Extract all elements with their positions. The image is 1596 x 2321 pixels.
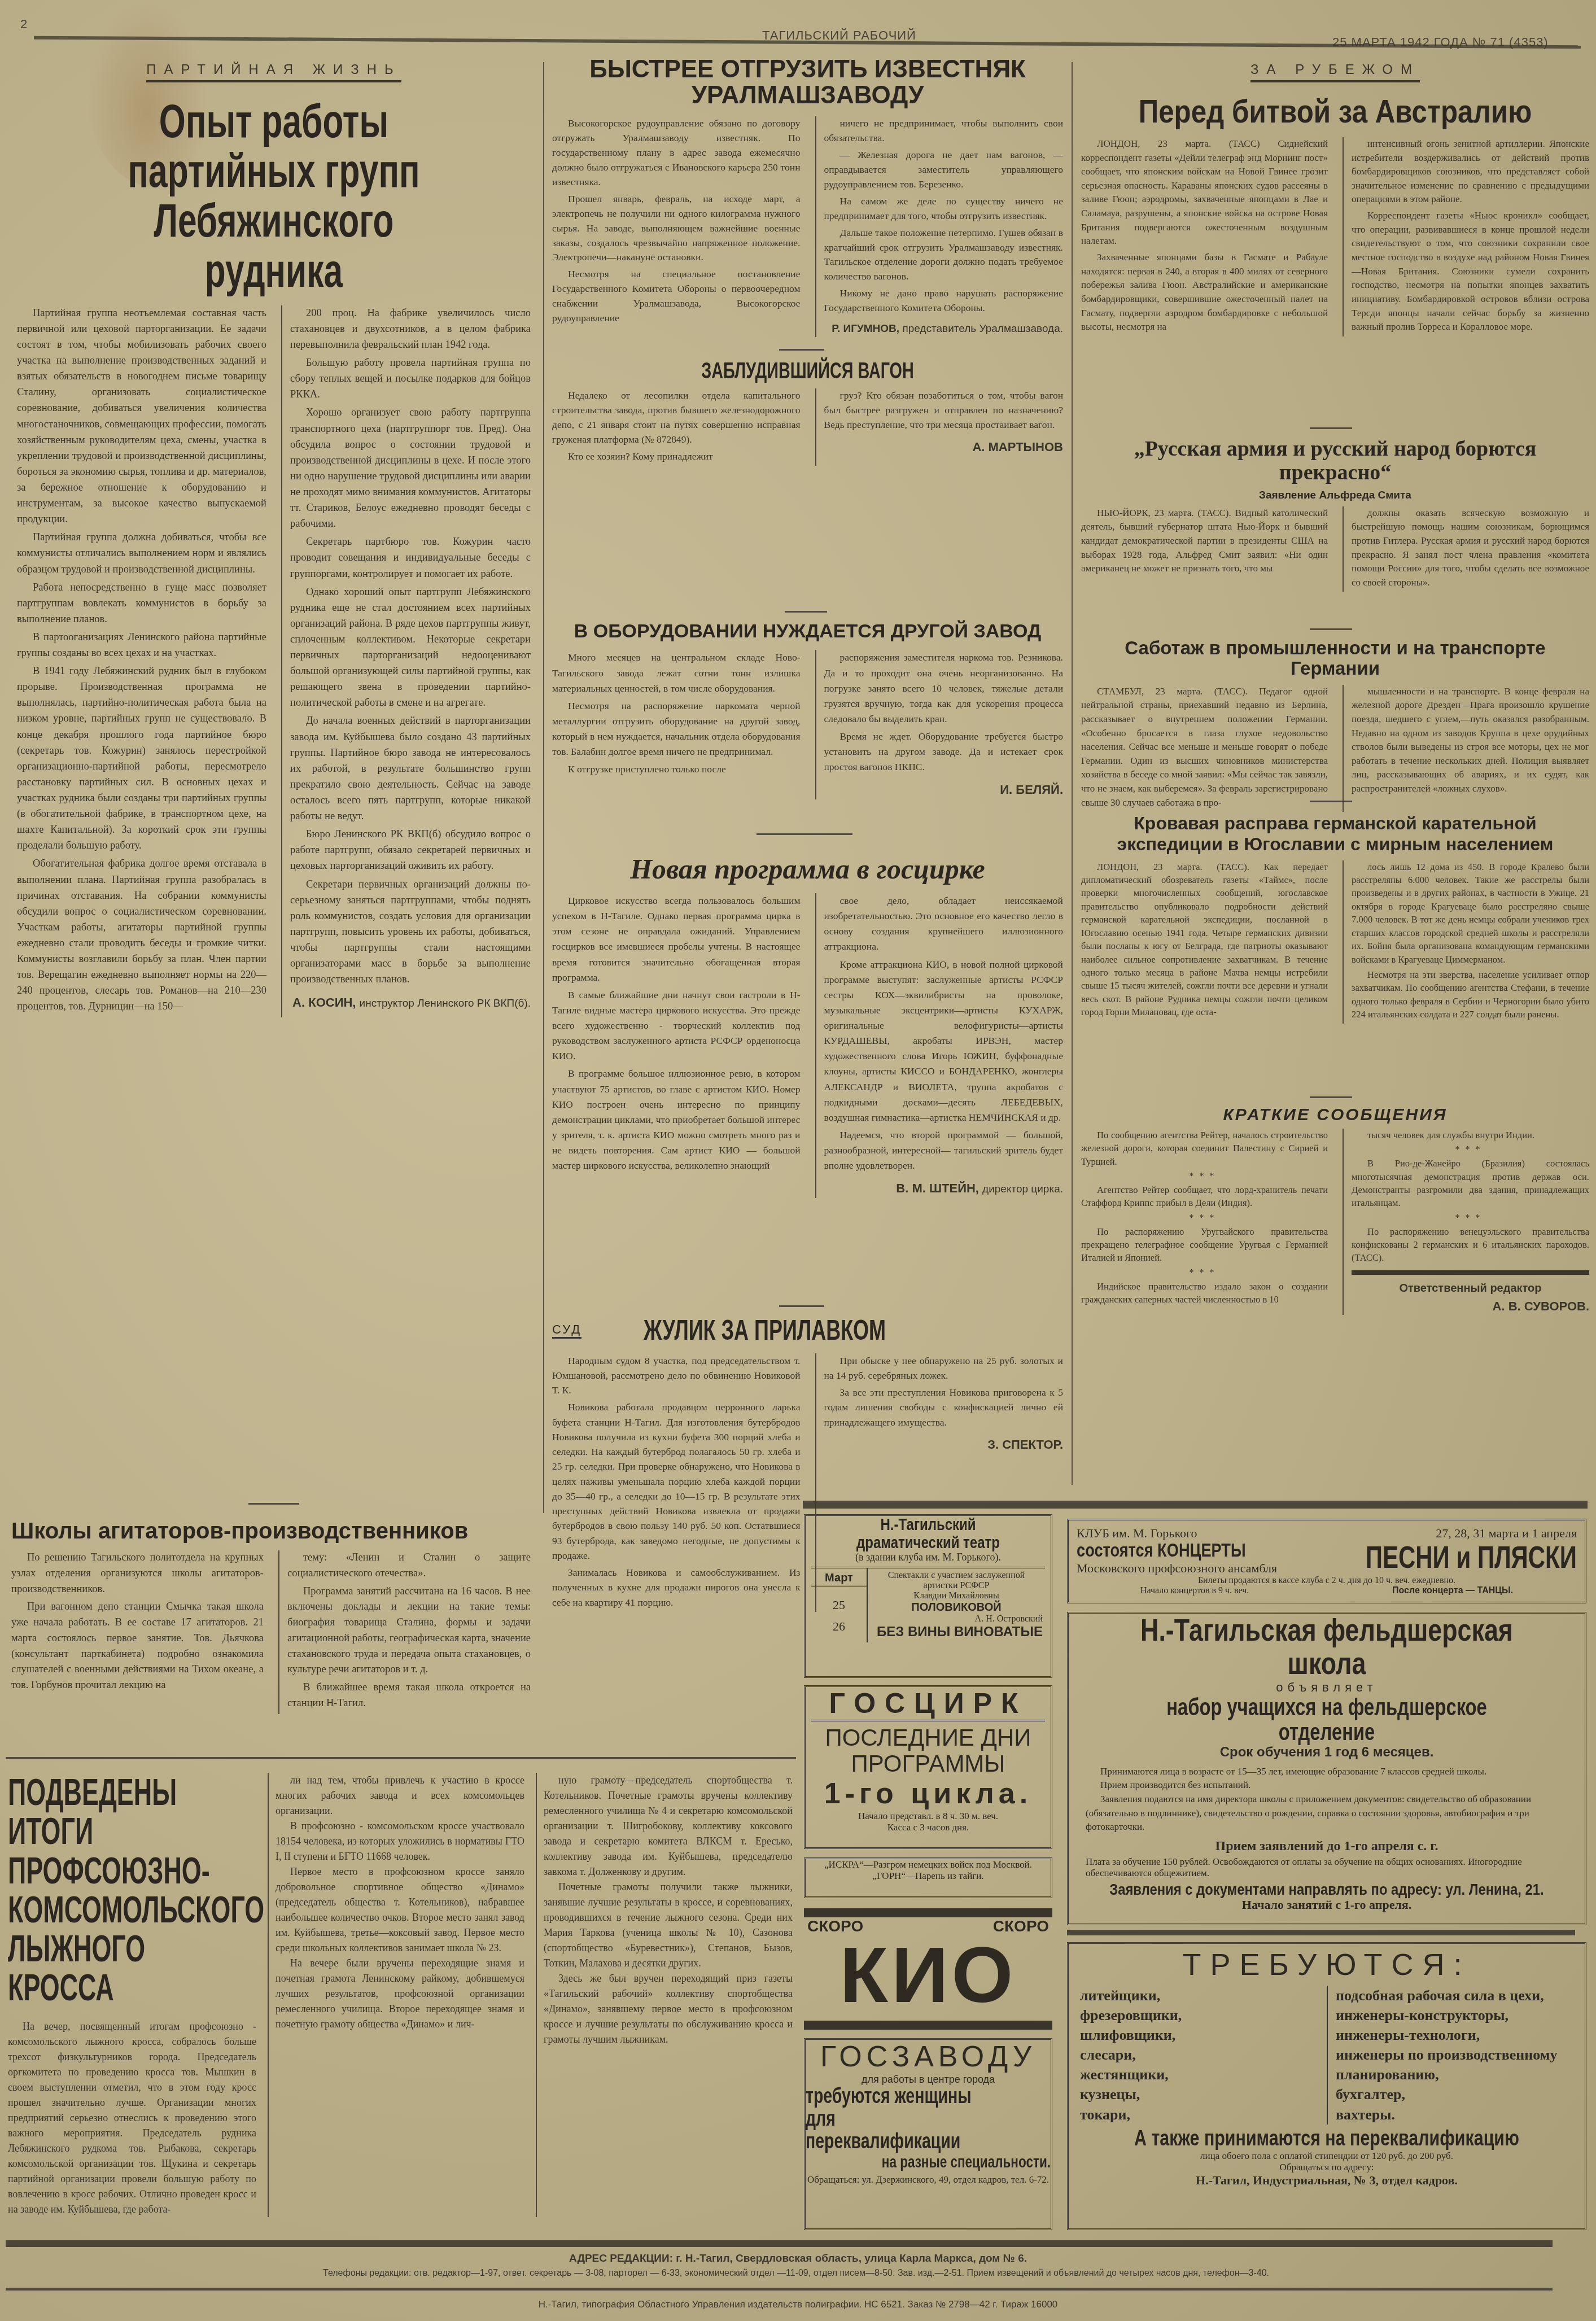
headline: Перед битвой за Австралию [1120,95,1551,129]
separator [779,349,824,351]
headline: Кровавая расправа германской карательной… [1081,813,1589,855]
separator [1310,628,1352,630]
rubric-court: СУД [552,1322,581,1339]
headline: ЖУЛИК ЗА ПРИЛАВКОМ [644,1315,886,1345]
ad-club-concert: КЛУБ им. М. Горького27, 28, 31 марта и 1… [1067,1519,1586,1603]
byline: И. БЕЛЯЙ. [824,780,1064,799]
text-column-left: Партийная группа неотъемлемая составная … [17,305,266,1017]
footer-rule [6,2288,1553,2291]
article-limestone: БЫСТРЕЕ ОТГРУЗИТЬ ИЗВЕСТНЯК УРАЛМАШЗАВОД… [552,56,1063,337]
headline: Школы агитаторов-производственников [11,1519,531,1544]
byline: Р. ИГУМНОВ, представитель Уралмашзавода. [824,321,1064,337]
headline: Опыт работы партийных групп Лебяжинского… [89,96,458,295]
byline: А. МАРТЫНОВ [824,438,1064,457]
article-al-smith: „Русская армия и русский народ борются п… [1081,438,1589,592]
separator [785,611,827,613]
separator [248,1503,299,1505]
headline: Саботаж в промышленности и на транспорте… [1081,638,1589,679]
column-rule [543,62,544,1513]
headline: „Русская армия и русский народ борются п… [1081,438,1589,485]
separator [757,833,852,835]
article-yugoslavia: Кровавая расправа германской карательной… [1081,813,1589,1024]
page-number: 2 [20,17,28,32]
article-agitator-schools: Школы агитаторов-производственников По р… [11,1519,531,1714]
article-equipment: В ОБОРУДОВАНИИ НУЖДАЕТСЯ ДРУГОЙ ЗАВОД Мн… [552,621,1063,799]
subheadline: Заявление Альфреда Смита [1081,489,1589,502]
article-lost-wagon: ЗАБЛУДИВШИЙСЯ ВАГОН Недалеко от лесопилк… [552,359,1063,466]
ad-medical-school: Н.-Тагильская фельдшерская школа объявля… [1067,1612,1586,1925]
article-party-groups: ПАРТИЙНАЯ ЖИЗНЬ Опыт работы партийных гр… [17,62,531,1017]
ad-gosplant: ГОСЗАВОДУ для работы в центре города тре… [804,2038,1052,2230]
ad-jobs: ТРЕБУЮТСЯ: литейщики,фрезеровщики,шлифов… [1067,1942,1586,2230]
ad-kio: СКОРОСКОРО КИО [804,1908,1052,2030]
ad-circus: ГОСЦИРК ПОСЛЕДНИЕ ДНИ ПРОГРАММЫ 1-го цик… [804,1685,1052,1849]
headline: ЗАБЛУДИВШИЙСЯ ВАГОН [624,359,992,383]
ads-rule [803,1501,1588,1509]
headline: КРАТКИЕ СООБЩЕНИЯ [1081,1105,1589,1124]
headline: ПОДВЕДЕНЫ ИТОГИ ПРОФСОЮЗНО-КОМСОМОЛЬСКОГ… [8,1773,246,2008]
wavy-rule [6,1757,796,1759]
headline: Новая программа в госцирке [552,853,1063,885]
byline: А. КОСИН, инструктор Ленинского РК ВКП(б… [290,993,531,1012]
separator [1310,427,1352,429]
column-rule [1072,62,1073,1485]
footer-rule [6,2240,1553,2247]
separator [779,1305,824,1307]
article-ski-cross: ПОДВЕДЕНЫ ИТОГИ ПРОФСОЮЗНО-КОМСОМОЛЬСКОГ… [8,1773,793,2217]
ad-theater: Н.-Тагильский драматический театр (в зда… [804,1514,1052,1678]
text-column-right: 200 проц. На фабрике увеличилось число с… [281,305,531,1017]
editor-label: Ответственный редактор [1352,1280,1589,1296]
editorial-phones: Телефоны редакции: отв. редактор—1-97, о… [6,2268,1586,2279]
separator [1310,1096,1352,1098]
separator [1310,801,1352,802]
brief-news: КРАТКИЕ СООБЩЕНИЯ По сообщению агентства… [1081,1105,1589,1315]
rubric-abroad: ЗА РУБЕЖОМ [1250,62,1420,82]
rubric-party-life: ПАРТИЙНАЯ ЖИЗНЬ [146,62,401,82]
editor-name: А. В. СУВОРОВ. [1352,1297,1589,1315]
article-circus: Новая программа в госцирке Цирковое иску… [552,853,1063,1198]
ad-cinema: „ИСКРА“—Разгром немецких войск под Москв… [804,1857,1052,1898]
headline: В ОБОРУДОВАНИИ НУЖДАЕТСЯ ДРУГОЙ ЗАВОД [552,621,1063,642]
article-sabotage: Саботаж в промышленности и на транспорте… [1081,638,1589,812]
editorial-address: АДРЕС РЕДАКЦИИ: г. Н.-Тагил, Свердловска… [0,2253,1596,2265]
headline: БЫСТРЕЕ ОТГРУЗИТЬ ИЗВЕСТНЯК УРАЛМАШЗАВОД… [552,56,1063,108]
article-australia: ЗА РУБЕЖОМ Перед битвой за Австралию ЛОН… [1081,62,1589,336]
printer-line: Н.-Тагил, типография Областного Управлен… [0,2299,1596,2310]
byline: З. СПЕКТОР. [824,1435,1064,1454]
ad-rule [1067,1930,1575,1935]
byline: В. М. ШТЕЙН, директор цирка. [824,1179,1064,1198]
